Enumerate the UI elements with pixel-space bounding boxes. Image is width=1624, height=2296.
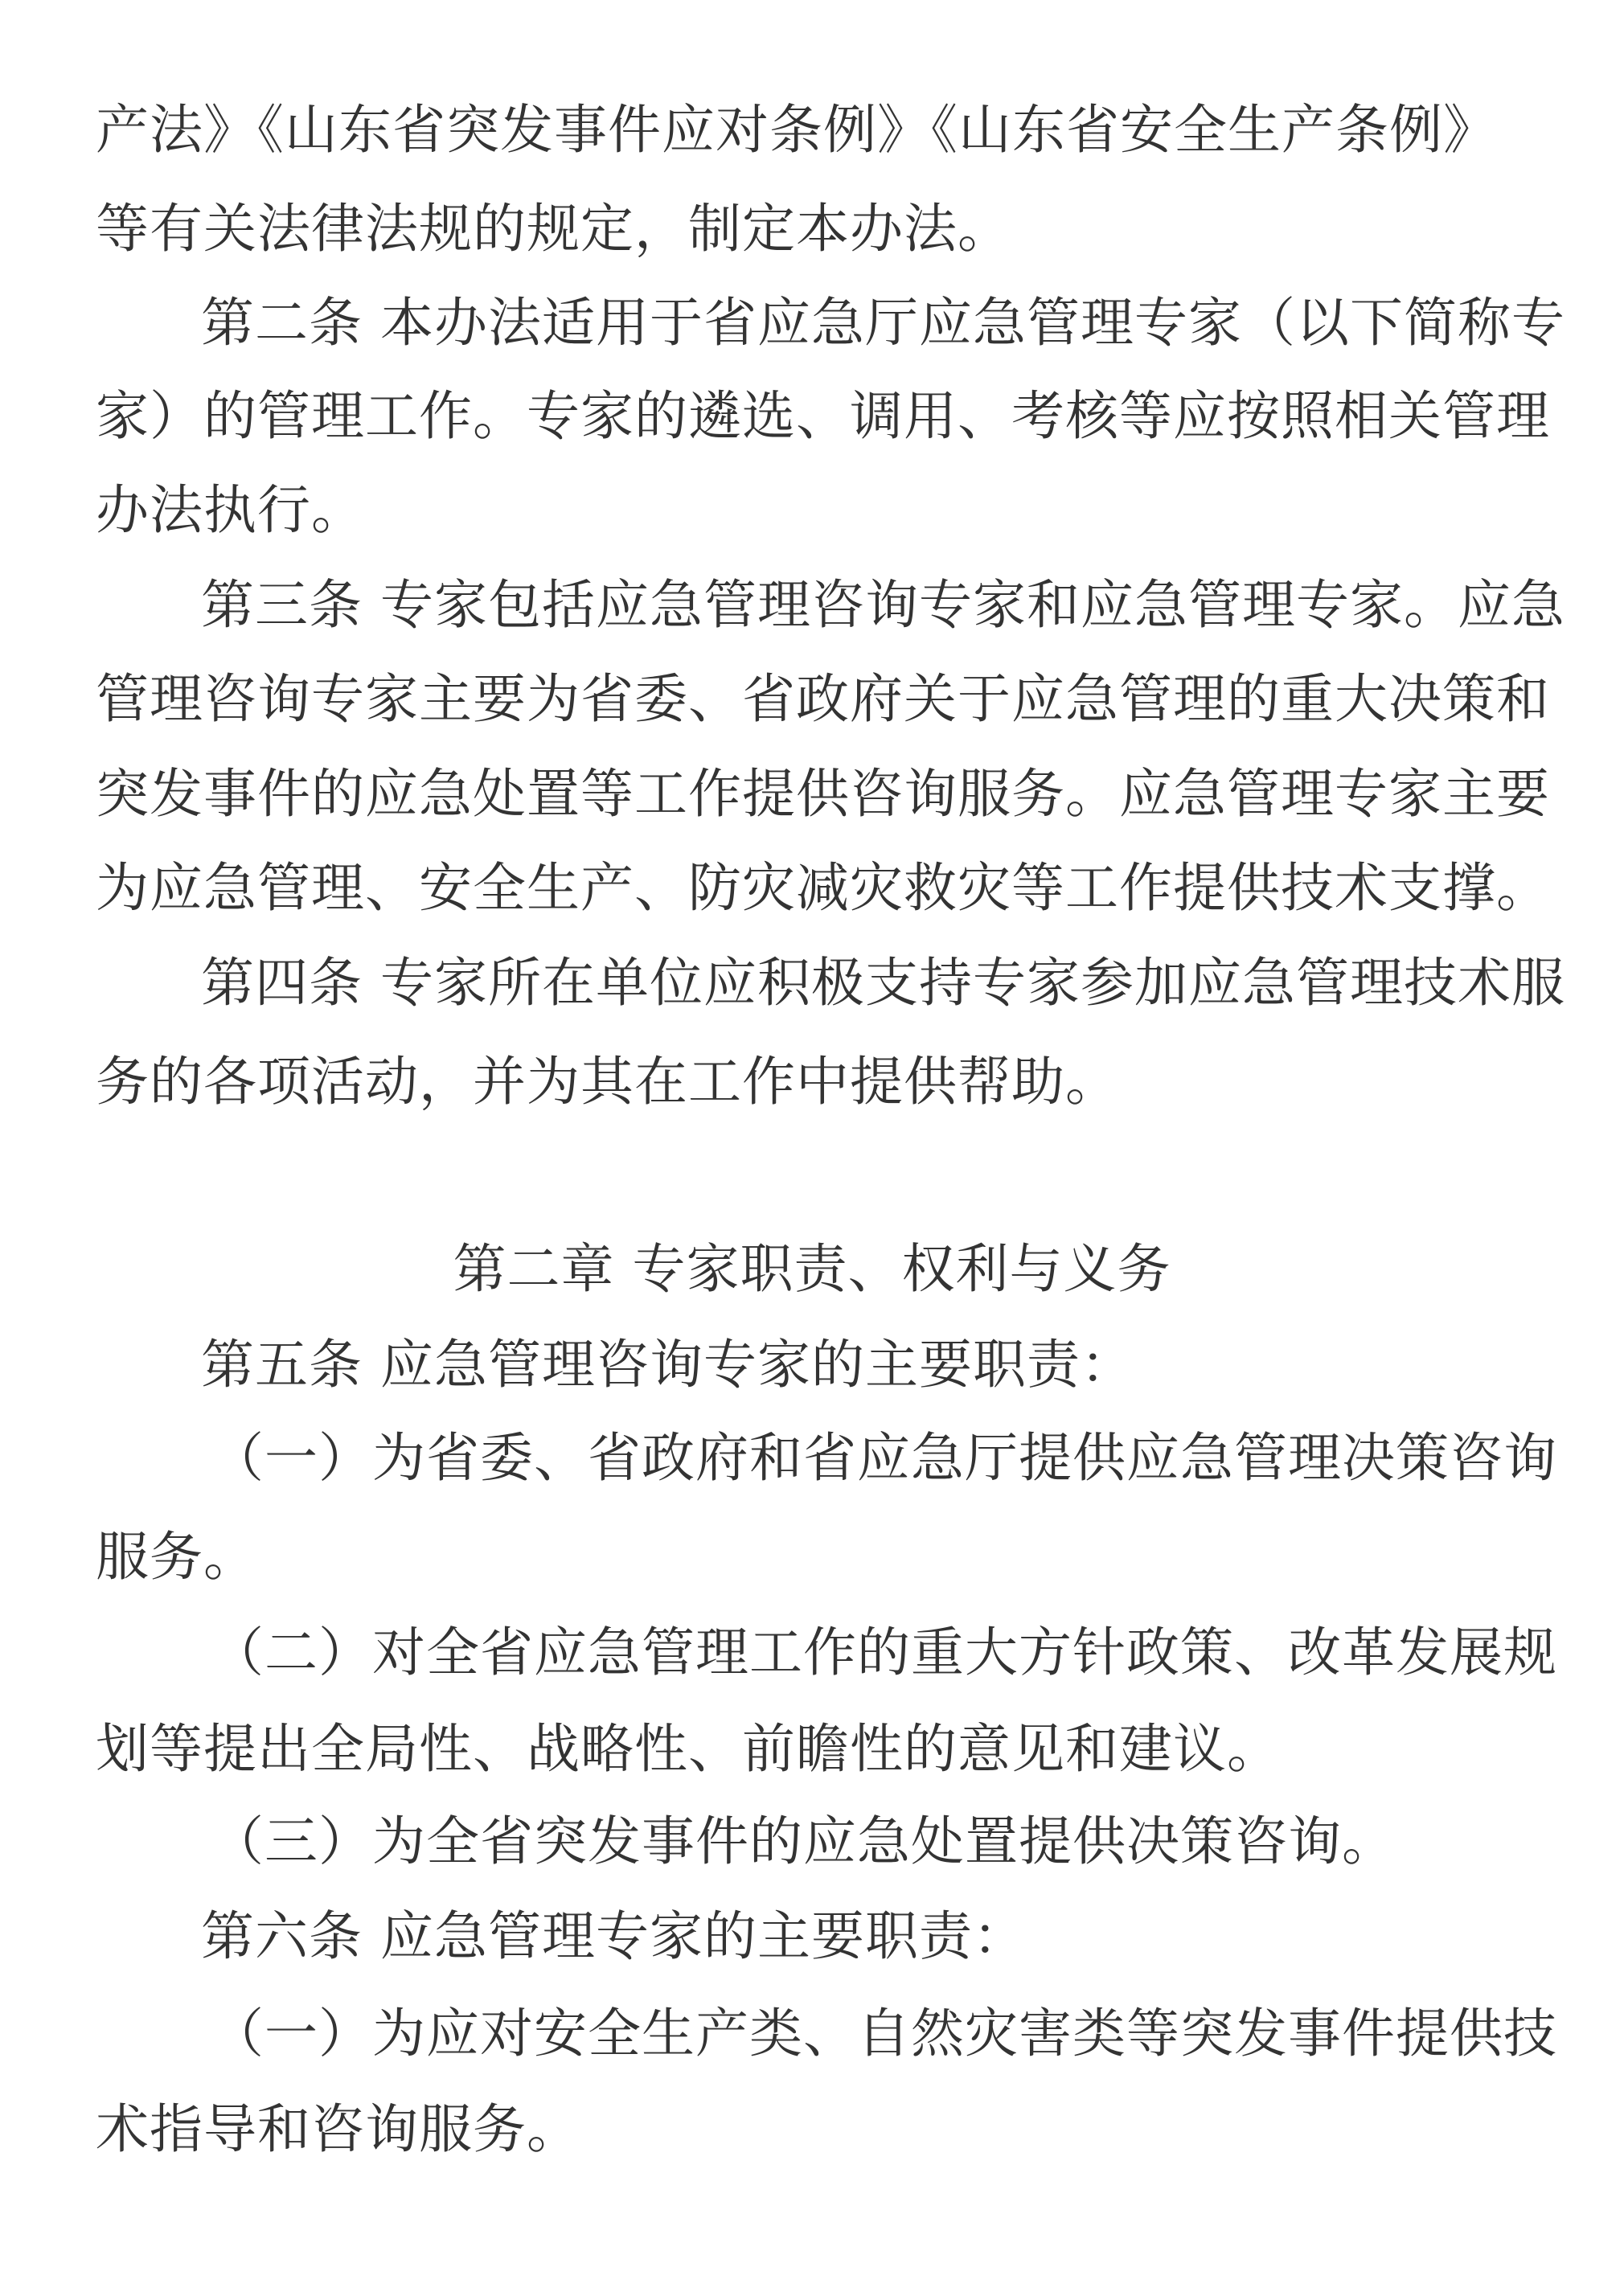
text-line: 为应急管理、安全生产、防灾减灾救灾等工作提供技术支撑。 (96, 856, 1550, 920)
text-line: 家）的管理工作。专家的遴选、调用、考核等应按照相关管理 (96, 384, 1550, 449)
list-item-3: （三）为全省突发事件的应急处置提供决策咨询。 (211, 1810, 1396, 1874)
text-line: 等有关法律法规的规定，制定本办法。 (96, 197, 1011, 261)
text-line: 管理咨询专家主要为省委、省政府关于应急管理的重大决策和 (96, 667, 1550, 732)
article-3-start: 第三条 专家包括应急管理咨询专家和应急管理专家。应急 (201, 573, 1565, 638)
text-line: 突发事件的应急处置等工作提供咨询服务。应急管理专家主要 (96, 762, 1550, 826)
text-line: 服务。 (96, 1525, 257, 1589)
list-item-1: （一）为应对安全生产类、自然灾害类等突发事件提供技 (211, 2002, 1557, 2066)
article-5-start: 第五条 应急管理咨询专家的主要职责： (201, 1333, 1134, 1397)
text-line: 务的各项活动，并为其在工作中提供帮助。 (96, 1050, 1119, 1114)
article-6-start: 第六条 应急管理专家的主要职责： (201, 1904, 1027, 1969)
article-2-start: 第二条 本办法适用于省应急厅应急管理专家（以下简称专 (201, 291, 1565, 355)
list-item-2: （二）对全省应急管理工作的重大方针政策、改革发展规 (211, 1621, 1557, 1685)
chapter-heading: 第二章 专家职责、权利与义务 (0, 1237, 1624, 1302)
article-4-start: 第四条 专家所在单位应积极支持专家参加应急管理技术服 (201, 951, 1565, 1015)
text-line: 办法执行。 (96, 478, 365, 543)
list-item-1: （一）为省委、省政府和省应急厅提供应急管理决策咨询 (211, 1426, 1557, 1490)
text-line: 术指导和咨询服务。 (96, 2097, 580, 2162)
text-line: 划等提出全局性、战略性、前瞻性的意见和建议。 (96, 1717, 1281, 1781)
text-line: 产法》《山东省突发事件应对条例》《山东省安全生产条例》 (96, 98, 1497, 162)
